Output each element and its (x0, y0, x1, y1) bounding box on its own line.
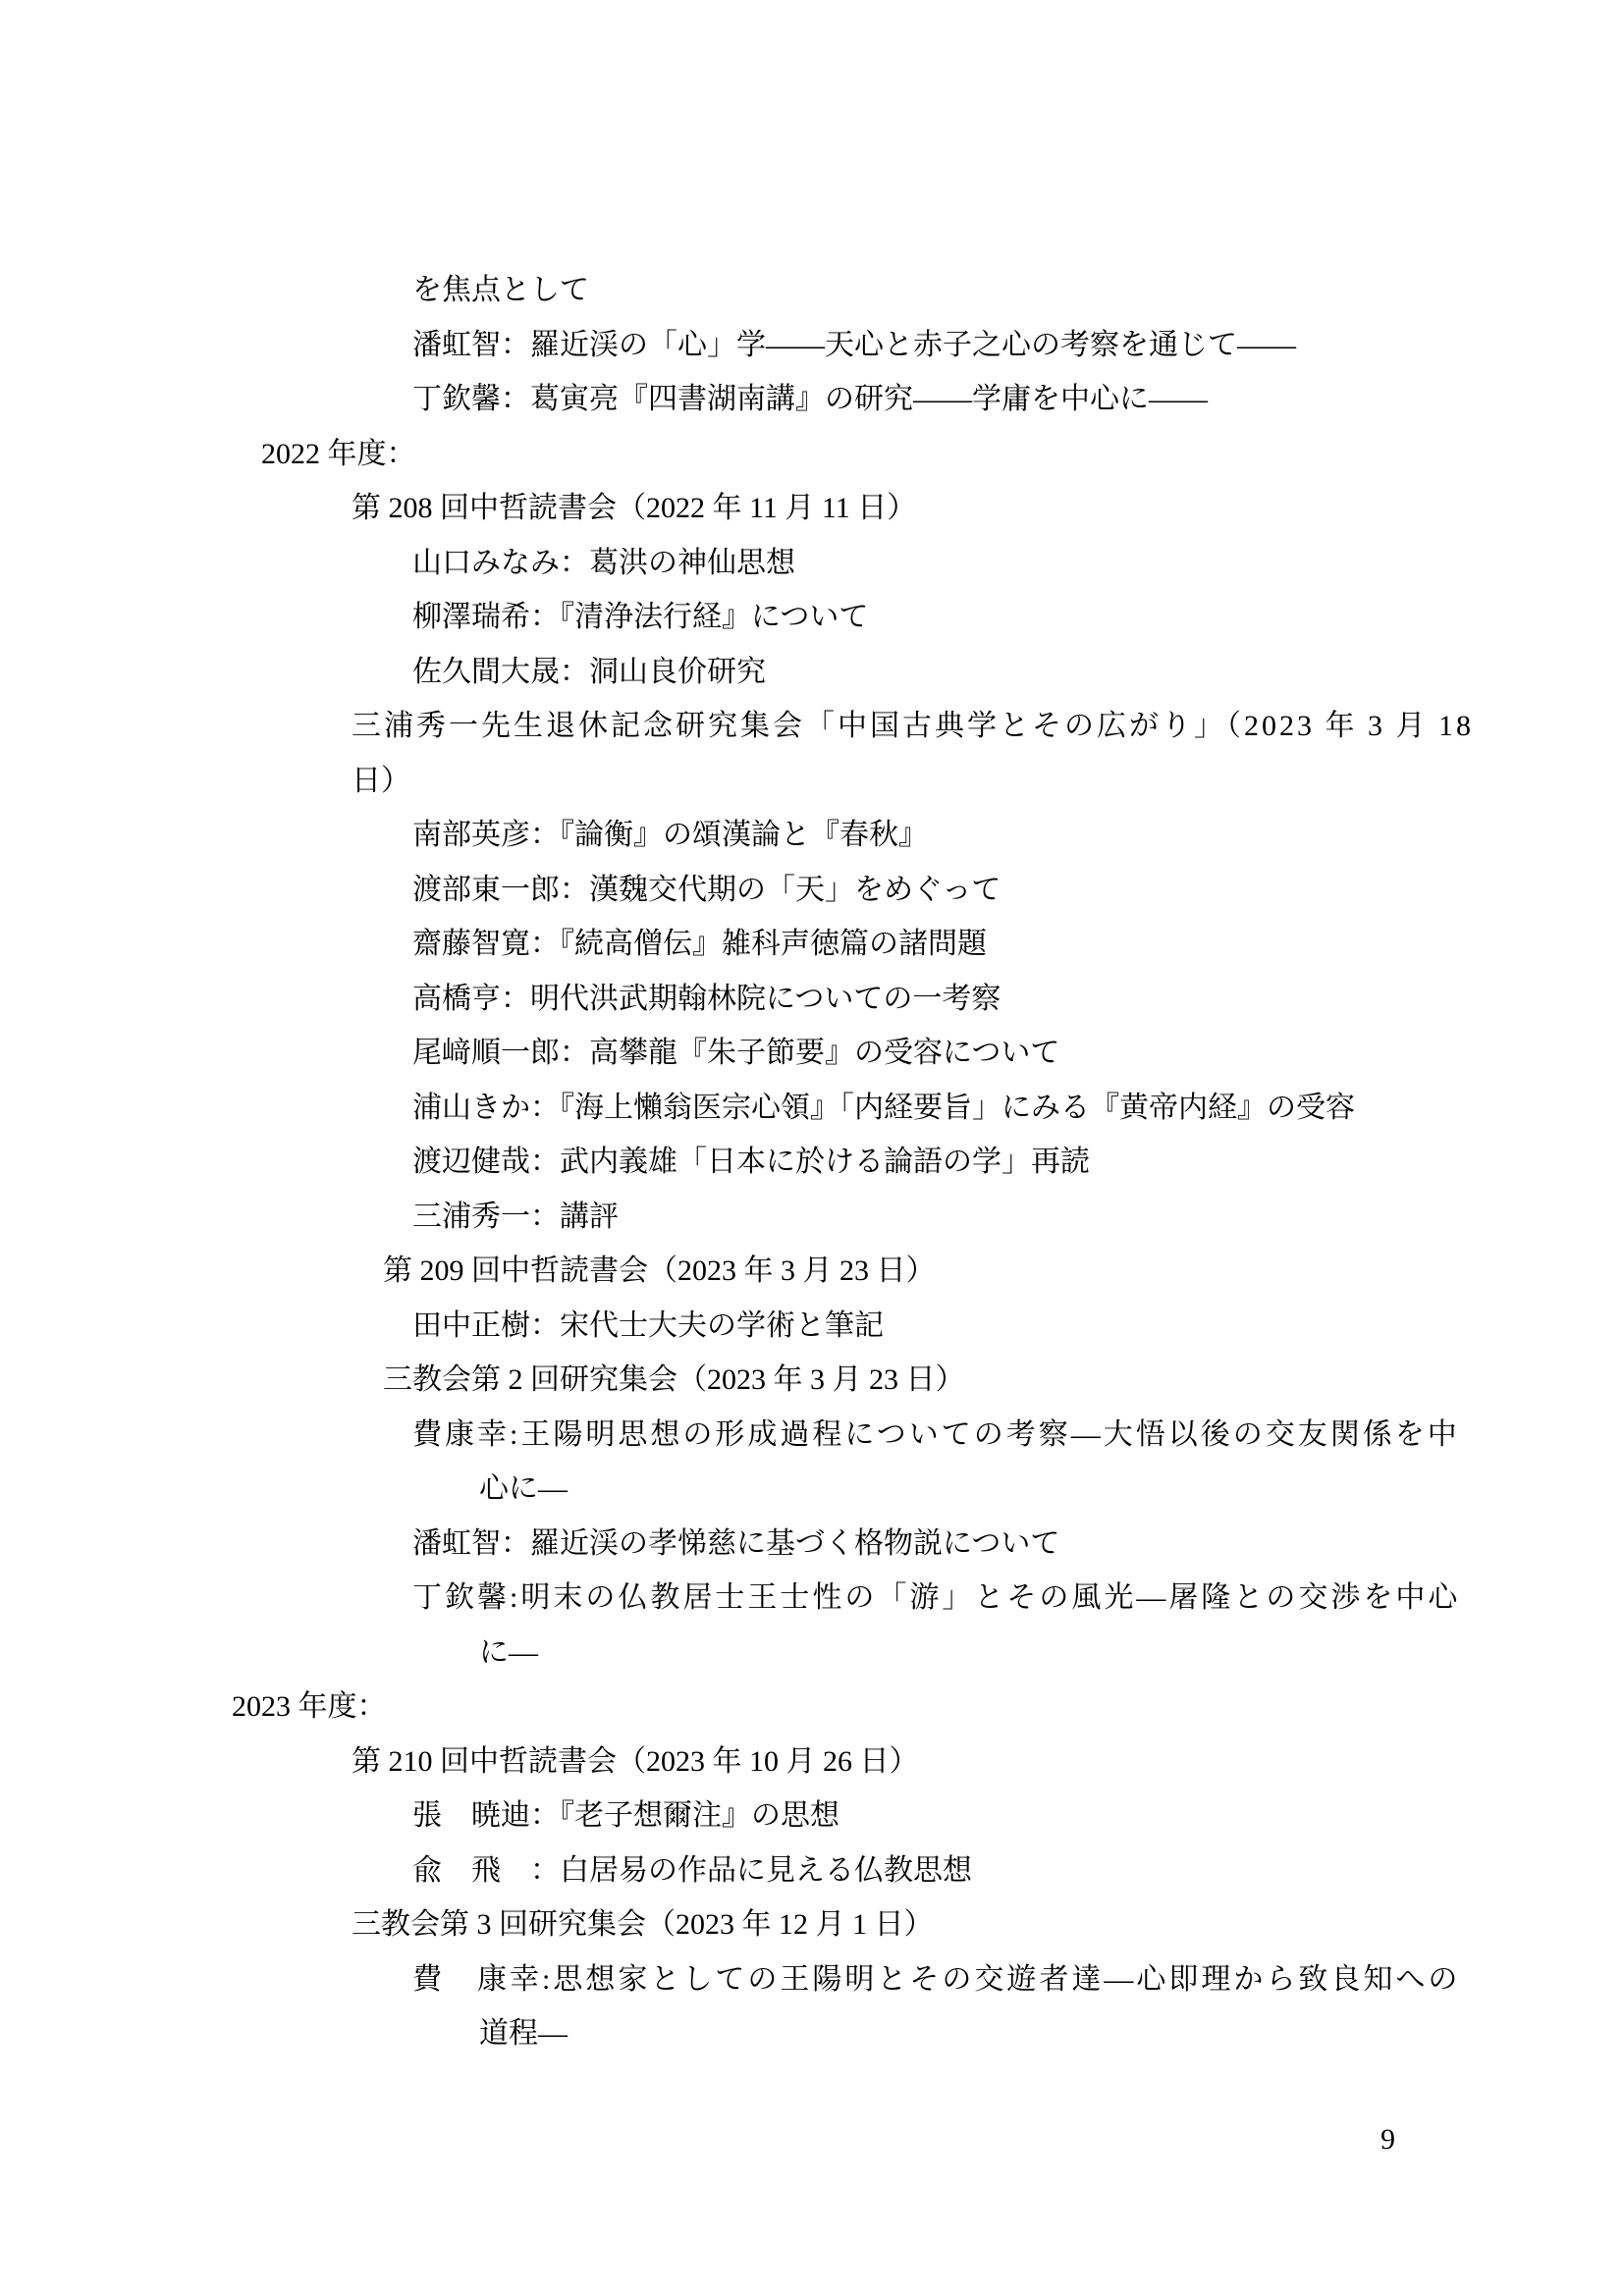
document-line: 三教会第 3 回研究集会（2023 年 12 月 1 日） (352, 1907, 934, 1943)
document-line: 心に— (479, 1471, 568, 1507)
document-line: 丁欽馨：葛寅亮『四書湖南講』の研究——学庸を中心に—— (412, 382, 1208, 417)
document-line: 潘虹智：羅近渓の孝悌慈に基づく格物説について (412, 1526, 1059, 1562)
document-page: を焦点として潘虹智：羅近渓の「心」学——天心と赤子之心の考察を通じて——丁欽馨：… (0, 0, 1624, 2296)
document-line: 佐久間大晟：洞山良价研究 (412, 655, 766, 690)
document-line: 渡部東一郎：漢魏交代期の「天」をめぐって (412, 873, 1001, 908)
document-line: 柳澤瑞希：『清浄法行経』について (412, 600, 868, 635)
document-line: 張 暁迪：『老子想爾注』の思想 (412, 1798, 839, 1834)
document-line: 道程— (479, 2016, 568, 2052)
document-line: 兪 飛 ：白居易の作品に見える仏教思想 (412, 1853, 972, 1889)
document-line: 日） (352, 764, 410, 799)
document-line: 費康幸:王陽明思想の形成過程についての考察—大悟以後の交友関係を中 (412, 1417, 1460, 1453)
document-line: 費 康幸:思想家としての王陽明とその交遊者達—心即理から致良知への (412, 1962, 1460, 1998)
document-line: 南部英彦：『論衡』の頌漢論と『春秋』 (412, 818, 928, 853)
document-line: 潘虹智：羅近渓の「心」学——天心と赤子之心の考察を通じて—— (412, 328, 1296, 363)
document-line: 第 208 回中哲読書会（2022 年 11 月 11 日） (352, 491, 916, 526)
document-line: 山口みなみ：葛洪の神仙思想 (412, 546, 795, 581)
document-line: 第 209 回中哲読書会（2023 年 3 月 23 日） (383, 1254, 936, 1289)
document-line: 齋藤智寛：『続高僧伝』雑科声徳篇の諸問題 (412, 927, 987, 962)
document-line: 丁欽馨:明末の仏教居士王士性の「游」とその風光—屠隆との交渉を中心 (412, 1580, 1460, 1616)
document-line: に— (479, 1635, 538, 1671)
page-number: 9 (1380, 2122, 1395, 2158)
document-line: 浦山きか：『海上懶翁医宗心領』「内経要旨」にみる『黄帝内経』の受容 (412, 1091, 1355, 1126)
document-line: 高橋亨：明代洪武期翰林院についての一考察 (412, 982, 1001, 1017)
document-line: 2023 年度： (232, 1689, 387, 1725)
document-line: 田中正樹：宋代士大夫の学術と筆記 (412, 1308, 884, 1344)
document-line: を焦点として (412, 273, 589, 308)
document-line: 尾﨑順一郎：高攀龍『朱子節要』の受容について (412, 1036, 1059, 1071)
document-line: 三浦秀一先生退休記念研究集会「中国古典学とその広がり」（2023 年 3 月 1… (352, 709, 1474, 744)
document-line: 渡辺健哉：武内義雄「日本に於ける論語の学」再読 (412, 1145, 1090, 1180)
document-line: 2022 年度： (261, 437, 416, 472)
document-line: 三教会第 2 回研究集会（2023 年 3 月 23 日） (383, 1362, 965, 1398)
document-line: 第 210 回中哲読書会（2023 年 10 月 26 日） (352, 1744, 919, 1780)
document-line: 三浦秀一：講評 (412, 1200, 619, 1235)
